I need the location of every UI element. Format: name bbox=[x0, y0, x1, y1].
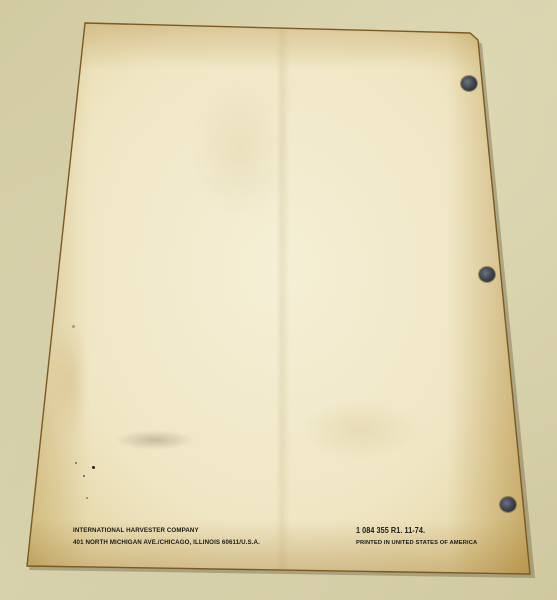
ink-speck bbox=[83, 475, 85, 477]
print-info: 1 084 355 R1. 11-74. PRINTED IN UNITED S… bbox=[356, 527, 477, 547]
company-name: INTERNATIONAL HARVESTER COMPANY bbox=[73, 528, 260, 534]
form-number: 1 084 355 R1. 11-74. bbox=[356, 527, 465, 535]
ink-speck bbox=[92, 466, 95, 469]
binder-hole-top bbox=[461, 76, 477, 91]
printed-in: PRINTED IN UNITED STATES OF AMERICA bbox=[356, 541, 477, 547]
ink-speck bbox=[72, 325, 75, 328]
publisher-imprint: INTERNATIONAL HARVESTER COMPANY 401 NORT… bbox=[73, 528, 260, 546]
booklet-back-cover bbox=[0, 0, 557, 600]
ink-speck bbox=[86, 497, 88, 499]
company-address: 401 NORTH MICHIGAN AVE./CHICAGO, ILLINOI… bbox=[73, 540, 260, 546]
binder-hole-bottom bbox=[500, 497, 516, 512]
binder-hole-middle bbox=[479, 267, 495, 282]
ink-speck bbox=[75, 462, 77, 464]
